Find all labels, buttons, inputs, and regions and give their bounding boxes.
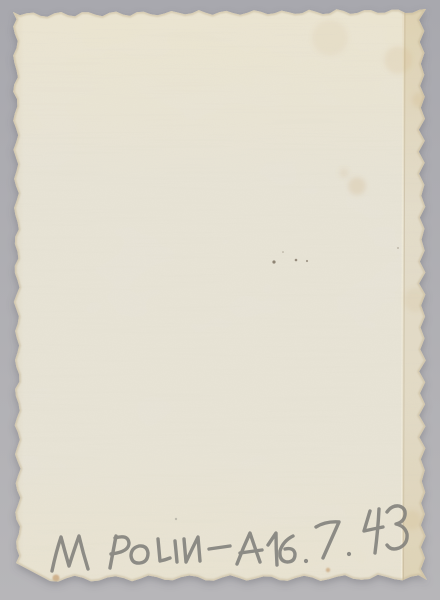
- pencil-dot: [175, 518, 177, 520]
- paper-surface: [0, 0, 440, 600]
- paper-grain: [0, 0, 440, 600]
- photo-back-scan: MPOLIN-A16.7.43: [0, 0, 440, 600]
- period: [347, 552, 351, 556]
- photo-back-svg: [0, 0, 440, 600]
- scan-background: { "scene": { "background_top_color": "#a…: [0, 0, 440, 600]
- letter-I: [175, 541, 177, 562]
- period: [304, 559, 308, 563]
